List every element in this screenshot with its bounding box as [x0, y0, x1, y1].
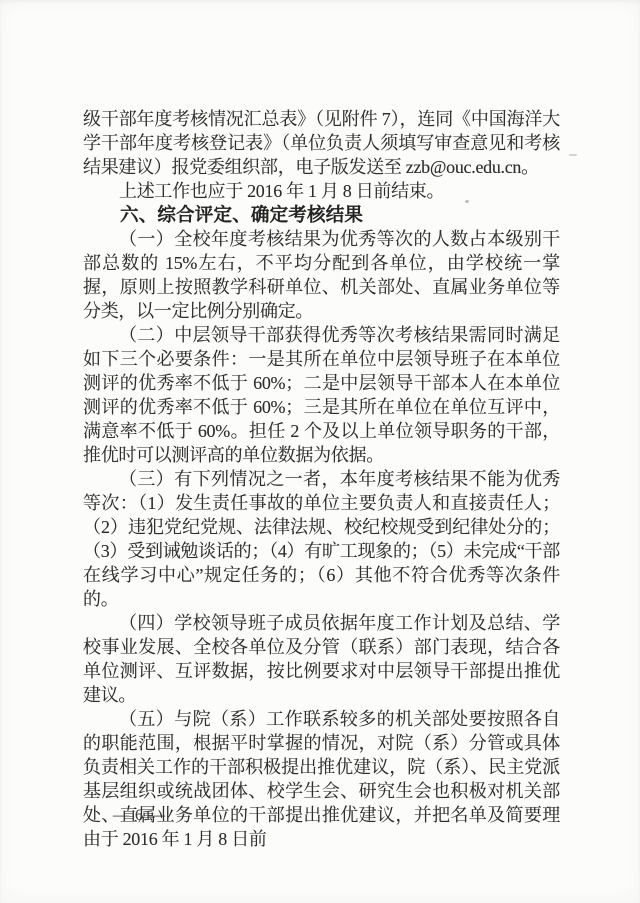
paragraph: 上述工作也应于 2016 年 1 月 8 日前结束。	[83, 179, 560, 203]
document-body: 级干部年度考核情况汇总表》（见附件 7），连同《中国海洋大学干部年度考核登记表》…	[83, 107, 560, 851]
scan-speck	[569, 154, 577, 156]
scan-speck	[465, 200, 469, 203]
scanned-page: 级干部年度考核情况汇总表》（见附件 7），连同《中国海洋大学干部年度考核登记表》…	[0, 0, 640, 903]
page-number: — 6 —	[113, 806, 166, 826]
paragraph: （二）中层领导干部获得优秀等次考核结果需同时满足如下三个必要条件：一是其所在单位…	[83, 323, 560, 467]
paragraph: （一）全校年度考核结果为优秀等次的人数占本级别干部总数的 15%左右，不平均分配…	[83, 227, 560, 323]
paragraph: （三）有下列情况之一者，本年度考核结果不能为优秀等次：（1）发生责任事故的单位主…	[83, 467, 560, 611]
paragraph: （四）学校领导班子成员依据年度工作计划及总结、学校事业发展、全校各单位及分管（联…	[83, 611, 560, 707]
section-heading: 六、综合评定、确定考核结果	[83, 203, 560, 227]
paragraph: （五）与院（系）工作联系较多的机关部处要按照各自的职能范围，根据平时掌握的情况，…	[83, 707, 560, 851]
paragraph: 级干部年度考核情况汇总表》（见附件 7），连同《中国海洋大学干部年度考核登记表》…	[83, 107, 560, 179]
